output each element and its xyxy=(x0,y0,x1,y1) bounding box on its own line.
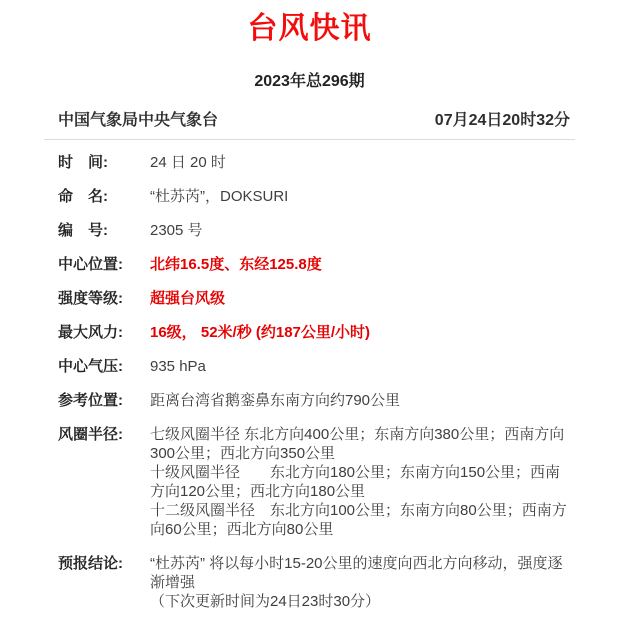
field-row-name: 命 名: “杜苏芮”，DOKSURI xyxy=(58,187,570,206)
field-label: 强度等级: xyxy=(58,289,150,308)
wind-circle-line-7: 七级风圈半径 东北方向400公里；东南方向380公里；西南方向300公里；西北方… xyxy=(150,425,570,463)
forecast-conclusion-line: “杜苏芮” 将以每小时15-20公里的速度向西北方向移动，强度逐渐增强 xyxy=(150,554,570,592)
field-row-pressure: 中心气压: 935 hPa xyxy=(58,357,570,376)
field-value: 北纬16.5度、东经125.8度 xyxy=(150,255,570,274)
typhoon-bulletin-page: 台风快讯 2023年总296期 中国气象局中央气象台 07月24日20时32分 … xyxy=(0,0,619,619)
field-row-number: 编 号: 2305 号 xyxy=(58,221,570,240)
field-row-center-position: 中心位置: 北纬16.5度、东经125.8度 xyxy=(58,255,570,274)
field-label: 命 名: xyxy=(58,187,150,206)
field-row-time: 时 间: 24 日 20 时 xyxy=(58,153,570,172)
issue-datetime: 07月24日20时32分 xyxy=(435,112,570,130)
field-label: 时 间: xyxy=(58,153,150,172)
wind-circle-line-10: 十级风圈半径 东北方向180公里；东南方向150公里；西南方向120公里；西北方… xyxy=(150,463,570,501)
field-label: 预报结论: xyxy=(58,554,150,573)
bulletin-fields: 时 间: 24 日 20 时 命 名: “杜苏芮”，DOKSURI 编 号: 2… xyxy=(0,140,619,611)
issue-number: 2023年总296期 xyxy=(0,73,619,91)
field-label: 中心位置: xyxy=(58,255,150,274)
agency-name: 中国气象局中央气象台 xyxy=(58,112,218,130)
field-row-reference-position: 参考位置: 距离台湾省鹅銮鼻东南方向约790公里 xyxy=(58,391,570,410)
field-value: 24 日 20 时 xyxy=(150,153,570,172)
field-value: 超强台风级 xyxy=(150,289,570,308)
agency-header: 中国气象局中央气象台 07月24日20时32分 xyxy=(0,112,619,130)
field-value: 935 hPa xyxy=(150,357,570,376)
field-label: 风圈半径: xyxy=(58,425,150,444)
field-value: 2305 号 xyxy=(150,221,570,240)
field-row-forecast: 预报结论: “杜苏芮” 将以每小时15-20公里的速度向西北方向移动，强度逐渐增… xyxy=(58,554,570,611)
field-value: “杜苏芮”，DOKSURI xyxy=(150,187,570,206)
field-row-wind-circle: 风圈半径: 七级风圈半径 东北方向400公里；东南方向380公里；西南方向300… xyxy=(58,425,570,539)
field-label: 最大风力: xyxy=(58,323,150,342)
next-update-line: （下次更新时间为24日23时30分） xyxy=(150,592,570,611)
field-row-max-wind: 最大风力: 16级， 52米/秒 (约187公里/小时) xyxy=(58,323,570,342)
field-label: 参考位置: xyxy=(58,391,150,410)
field-value: “杜苏芮” 将以每小时15-20公里的速度向西北方向移动，强度逐渐增强 （下次更… xyxy=(150,554,570,611)
field-row-intensity: 强度等级: 超强台风级 xyxy=(58,289,570,308)
wind-circle-line-12: 十二级风圈半径 东北方向100公里；东南方向80公里；西南方向60公里；西北方向… xyxy=(150,501,570,539)
field-value: 距离台湾省鹅銮鼻东南方向约790公里 xyxy=(150,391,570,410)
page-title: 台风快讯 xyxy=(0,0,619,46)
field-value: 七级风圈半径 东北方向400公里；东南方向380公里；西南方向300公里；西北方… xyxy=(150,425,570,539)
field-value: 16级， 52米/秒 (约187公里/小时) xyxy=(150,323,570,342)
field-label: 编 号: xyxy=(58,221,150,240)
field-label: 中心气压: xyxy=(58,357,150,376)
